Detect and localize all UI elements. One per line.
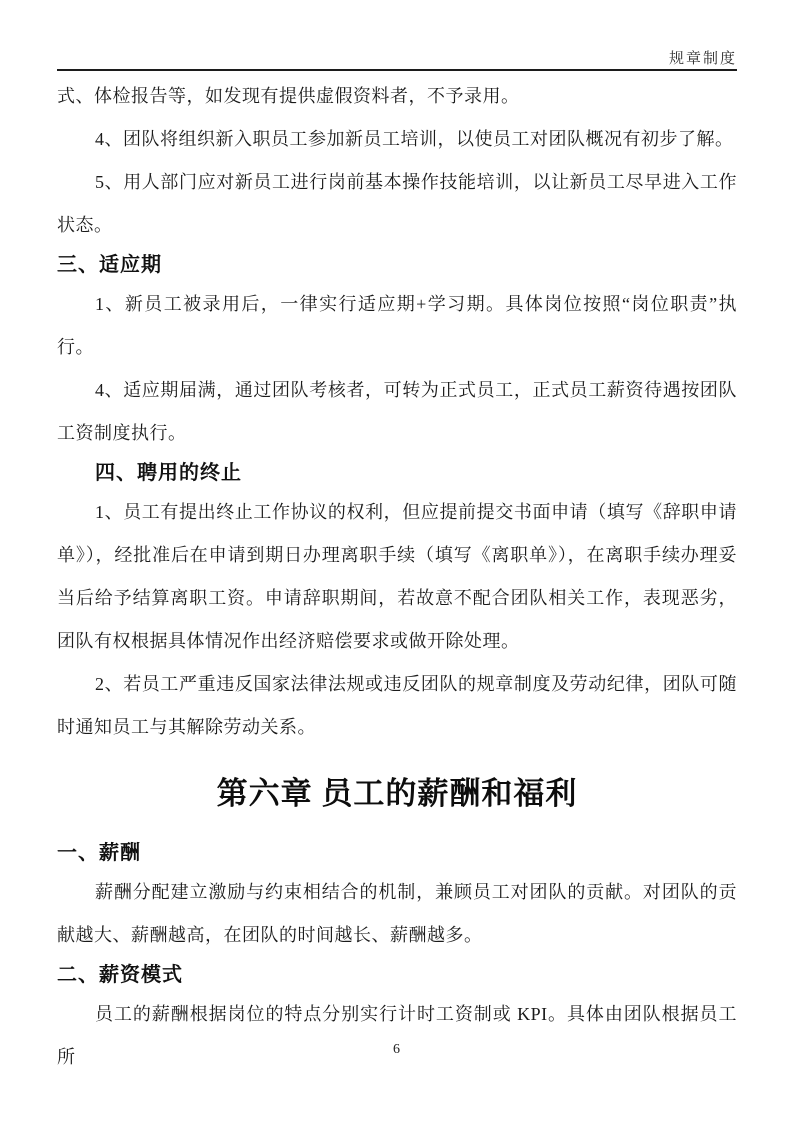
section-heading: 四、聘用的终止 xyxy=(57,455,737,491)
paragraph: 式、体检报告等，如发现有提供虚假资料者，不予录用。 xyxy=(57,75,737,118)
paragraph: 4、适应期届满，通过团队考核者，可转为正式员工，正式员工薪资待遇按团队工资制度执… xyxy=(57,369,737,455)
header-title: 规章制度 xyxy=(669,50,737,69)
page-footer: 6 xyxy=(0,1040,793,1058)
section-heading: 二、薪资模式 xyxy=(57,957,737,993)
page-header: 规章制度 xyxy=(57,0,737,71)
paragraph: 员工的薪酬根据岗位的特点分别实行计时工资制或 KPI。具体由团队根据员工所 xyxy=(57,993,737,1079)
section-heading: 三、适应期 xyxy=(57,247,737,283)
paragraph: 2、若员工严重违反国家法律法规或违反团队的规章制度及劳动纪律，团队可随时通知员工… xyxy=(57,663,737,749)
paragraph: 1、新员工被录用后，一律实行适应期+学习期。具体岗位按照“岗位职责”执行。 xyxy=(57,283,737,369)
paragraph: 4、团队将组织新入职员工参加新员工培训，以使员工对团队概况有初步了解。 xyxy=(57,118,737,161)
document-page: 规章制度 式、体检报告等，如发现有提供虚假资料者，不予录用。4、团队将组织新入职… xyxy=(0,0,793,1122)
paragraph: 5、用人部门应对新员工进行岗前基本操作技能培训，以让新员工尽早进入工作状态。 xyxy=(57,161,737,247)
page-number: 6 xyxy=(393,1042,400,1057)
section-heading: 一、薪酬 xyxy=(57,835,737,871)
chapter-title: 第六章 员工的薪酬和福利 xyxy=(57,771,737,817)
paragraph: 1、员工有提出终止工作协议的权利，但应提前提交书面申请（填写《辞职申请单》），经… xyxy=(57,491,737,663)
document-body: 式、体检报告等，如发现有提供虚假资料者，不予录用。4、团队将组织新入职员工参加新… xyxy=(57,75,737,1079)
paragraph: 薪酬分配建立激励与约束相结合的机制，兼顾员工对团队的贡献。对团队的贡献越大、薪酬… xyxy=(57,871,737,957)
